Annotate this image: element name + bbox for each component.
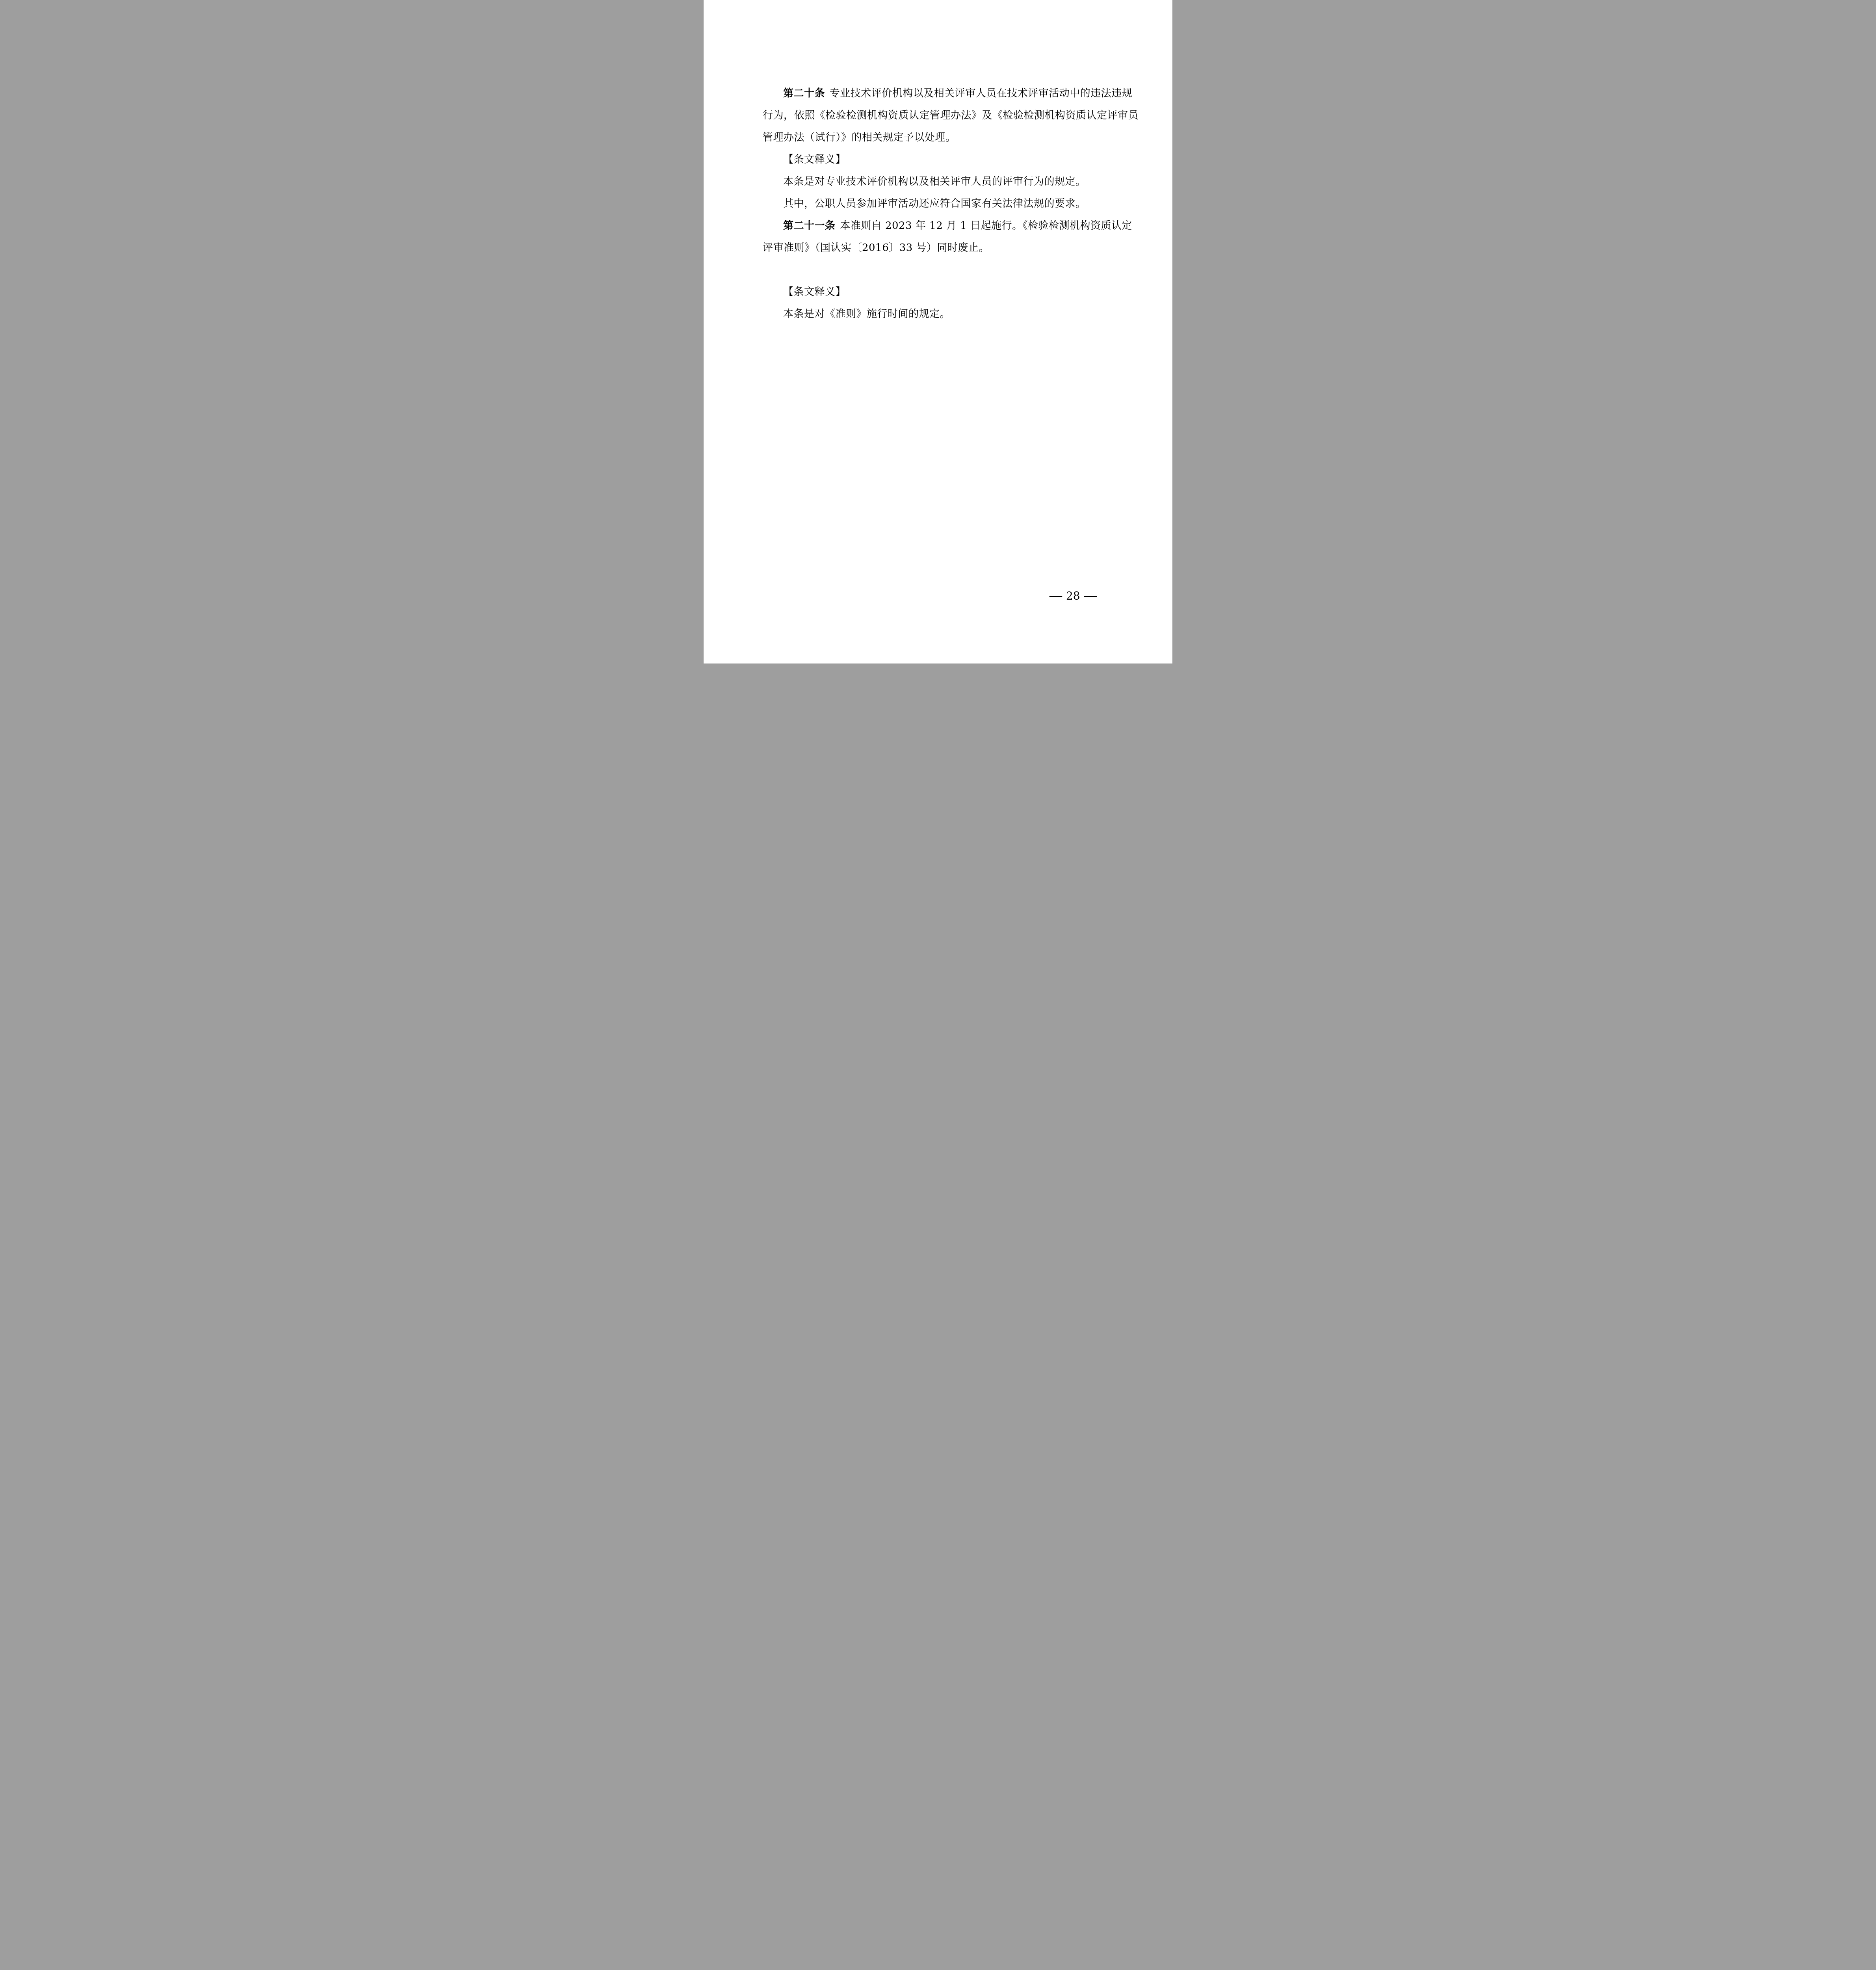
page-number-value: 28	[1066, 590, 1080, 602]
commentary-heading-2: 【条文释义】	[763, 281, 1124, 303]
article-20-text-start: 专业技术评价机构以及相关评审人员在技术评审活动中的违法违规	[830, 87, 1133, 99]
article-21-opening-line: 第二十一条本准则自 2023 年 12 月 1 日起施行。《检验检测机构资质认定	[763, 215, 1124, 237]
page-number-dash-left: —	[1049, 590, 1063, 602]
article-21-number: 第二十一条	[783, 220, 836, 232]
page-number-dash-right: —	[1083, 590, 1097, 602]
document-page: 第二十条专业技术评价机构以及相关评审人员在技术评审活动中的违法违规 行为，依照《…	[704, 0, 1172, 663]
page-number: — 28 —	[1050, 590, 1096, 602]
article-20-line-2: 行为，依照《检验检测机构资质认定管理办法》及《检验检测机构资质认定评审员	[763, 104, 1124, 126]
article-21-line-2: 评审准则》（国认实〔2016〕33 号）同时废止。	[763, 237, 1124, 259]
article-21-text-start: 本准则自 2023 年 12 月 1 日起施行。《检验检测机构资质认定	[840, 220, 1132, 232]
article-20-line-3: 管理办法（试行）》的相关规定予以处理。	[763, 126, 1124, 149]
blank-line	[763, 259, 1124, 281]
commentary-2-line-1: 本条是对《准则》施行时间的规定。	[763, 303, 1124, 325]
article-20-number: 第二十条	[783, 87, 825, 99]
commentary-1-line-1: 本条是对专业技术评价机构以及相关评审人员的评审行为的规定。	[763, 171, 1124, 193]
commentary-heading-1: 【条文释义】	[763, 149, 1124, 171]
commentary-1-line-2: 其中，公职人员参加评审活动还应符合国家有关法律法规的要求。	[763, 193, 1124, 215]
document-body: 第二十条专业技术评价机构以及相关评审人员在技术评审活动中的违法违规 行为，依照《…	[763, 82, 1124, 325]
article-20-opening-line: 第二十条专业技术评价机构以及相关评审人员在技术评审活动中的违法违规	[763, 82, 1124, 104]
